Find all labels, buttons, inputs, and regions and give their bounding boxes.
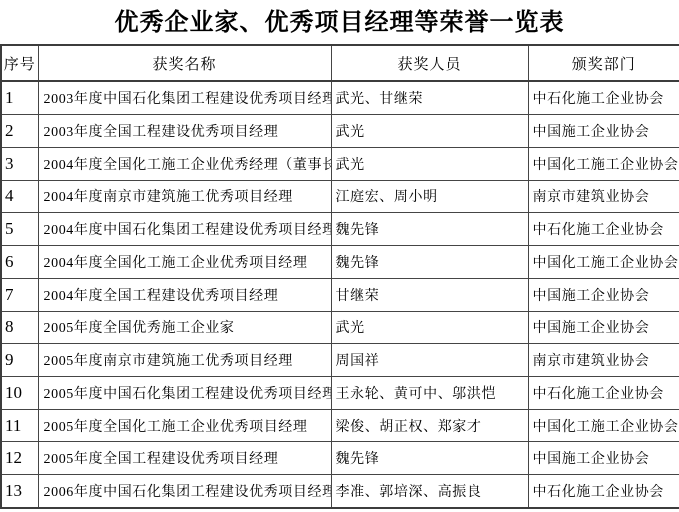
cell-award-name: 2005年度中国石化集团工程建设优秀项目经理 bbox=[38, 376, 331, 409]
cell-awarding-department: 中石化施工企业协会 bbox=[528, 475, 679, 509]
table-row: 2 2003年度全国工程建设优秀项目经理 武光 中国施工企业协会 bbox=[1, 115, 679, 148]
cell-award-name: 2004年度南京市建筑施工优秀项目经理 bbox=[38, 180, 331, 213]
cell-awarding-department: 中石化施工企业协会 bbox=[528, 81, 679, 115]
cell-serial-number: 4 bbox=[1, 180, 38, 213]
header-award-recipients: 获奖人员 bbox=[331, 45, 528, 81]
cell-award-recipients: 武光 bbox=[331, 147, 528, 180]
cell-award-name: 2003年度全国工程建设优秀项目经理 bbox=[38, 115, 331, 148]
header-serial-number: 序号 bbox=[1, 45, 38, 81]
cell-serial-number: 9 bbox=[1, 344, 38, 377]
cell-award-name: 2005年度南京市建筑施工优秀项目经理 bbox=[38, 344, 331, 377]
cell-serial-number: 11 bbox=[1, 409, 38, 442]
cell-serial-number: 10 bbox=[1, 376, 38, 409]
table-row: 12 2005年度全国工程建设优秀项目经理 魏先锋 中国施工企业协会 bbox=[1, 442, 679, 475]
table-row: 11 2005年度全国化工施工企业优秀项目经理 梁俊、胡正权、郑家才 中国化工施… bbox=[1, 409, 679, 442]
cell-award-recipients: 周国祥 bbox=[331, 344, 528, 377]
cell-serial-number: 1 bbox=[1, 81, 38, 115]
cell-award-recipients: 武光 bbox=[331, 311, 528, 344]
cell-awarding-department: 中国施工企业协会 bbox=[528, 115, 679, 148]
cell-awarding-department: 中石化施工企业协会 bbox=[528, 213, 679, 246]
table-row: 5 2004年度中国石化集团工程建设优秀项目经理 魏先锋 中石化施工企业协会 bbox=[1, 213, 679, 246]
honors-page: 优秀企业家、优秀项目经理等荣誉一览表 序号 获奖名称 获奖人员 颁奖部门 1 2… bbox=[0, 0, 679, 512]
cell-serial-number: 5 bbox=[1, 213, 38, 246]
table-row: 7 2004年度全国工程建设优秀项目经理 甘继荣 中国施工企业协会 bbox=[1, 278, 679, 311]
cell-award-name: 2006年度中国石化集团工程建设优秀项目经理 bbox=[38, 475, 331, 509]
cell-award-name: 2005年度全国优秀施工企业家 bbox=[38, 311, 331, 344]
cell-award-name: 2003年度中国石化集团工程建设优秀项目经理 bbox=[38, 81, 331, 115]
cell-serial-number: 8 bbox=[1, 311, 38, 344]
cell-award-name: 2005年度全国化工施工企业优秀项目经理 bbox=[38, 409, 331, 442]
table-row: 6 2004年度全国化工施工企业优秀项目经理 魏先锋 中国化工施工企业协会 bbox=[1, 246, 679, 279]
cell-serial-number: 2 bbox=[1, 115, 38, 148]
table-row: 4 2004年度南京市建筑施工优秀项目经理 江庭宏、周小明 南京市建筑业协会 bbox=[1, 180, 679, 213]
cell-award-recipients: 魏先锋 bbox=[331, 213, 528, 246]
table-row: 10 2005年度中国石化集团工程建设优秀项目经理 王永轮、黄可中、邬洪恺 中石… bbox=[1, 376, 679, 409]
cell-awarding-department: 中石化施工企业协会 bbox=[528, 376, 679, 409]
cell-award-name: 2004年度中国石化集团工程建设优秀项目经理 bbox=[38, 213, 331, 246]
cell-serial-number: 13 bbox=[1, 475, 38, 509]
cell-awarding-department: 南京市建筑业协会 bbox=[528, 344, 679, 377]
cell-award-recipients: 甘继荣 bbox=[331, 278, 528, 311]
cell-awarding-department: 中国施工企业协会 bbox=[528, 278, 679, 311]
cell-award-recipients: 王永轮、黄可中、邬洪恺 bbox=[331, 376, 528, 409]
table-row: 13 2006年度中国石化集团工程建设优秀项目经理 李准、郭培深、高振良 中石化… bbox=[1, 475, 679, 509]
cell-award-recipients: 魏先锋 bbox=[331, 246, 528, 279]
table-body: 1 2003年度中国石化集团工程建设优秀项目经理 武光、甘继荣 中石化施工企业协… bbox=[1, 81, 679, 508]
cell-awarding-department: 中国化工施工企业协会 bbox=[528, 409, 679, 442]
cell-serial-number: 7 bbox=[1, 278, 38, 311]
header-award-name: 获奖名称 bbox=[38, 45, 331, 81]
cell-award-recipients: 李准、郭培深、高振良 bbox=[331, 475, 528, 509]
table-row: 8 2005年度全国优秀施工企业家 武光 中国施工企业协会 bbox=[1, 311, 679, 344]
table-row: 9 2005年度南京市建筑施工优秀项目经理 周国祥 南京市建筑业协会 bbox=[1, 344, 679, 377]
cell-award-recipients: 武光 bbox=[331, 115, 528, 148]
header-awarding-department: 颁奖部门 bbox=[528, 45, 679, 81]
cell-award-name: 2004年度全国化工施工企业优秀项目经理 bbox=[38, 246, 331, 279]
header-row: 序号 获奖名称 获奖人员 颁奖部门 bbox=[1, 45, 679, 81]
cell-awarding-department: 中国化工施工企业协会 bbox=[528, 246, 679, 279]
cell-serial-number: 3 bbox=[1, 147, 38, 180]
cell-award-recipients: 梁俊、胡正权、郑家才 bbox=[331, 409, 528, 442]
cell-award-name: 2005年度全国工程建设优秀项目经理 bbox=[38, 442, 331, 475]
cell-awarding-department: 中国施工企业协会 bbox=[528, 311, 679, 344]
cell-awarding-department: 南京市建筑业协会 bbox=[528, 180, 679, 213]
table-row: 3 2004年度全国化工施工企业优秀经理（董事长） 武光 中国化工施工企业协会 bbox=[1, 147, 679, 180]
page-title: 优秀企业家、优秀项目经理等荣誉一览表 bbox=[0, 0, 679, 44]
cell-award-recipients: 江庭宏、周小明 bbox=[331, 180, 528, 213]
cell-award-recipients: 魏先锋 bbox=[331, 442, 528, 475]
cell-award-name: 2004年度全国工程建设优秀项目经理 bbox=[38, 278, 331, 311]
cell-award-name: 2004年度全国化工施工企业优秀经理（董事长） bbox=[38, 147, 331, 180]
cell-serial-number: 12 bbox=[1, 442, 38, 475]
honors-table: 序号 获奖名称 获奖人员 颁奖部门 1 2003年度中国石化集团工程建设优秀项目… bbox=[0, 44, 679, 509]
cell-serial-number: 6 bbox=[1, 246, 38, 279]
cell-award-recipients: 武光、甘继荣 bbox=[331, 81, 528, 115]
cell-awarding-department: 中国施工企业协会 bbox=[528, 442, 679, 475]
table-row: 1 2003年度中国石化集团工程建设优秀项目经理 武光、甘继荣 中石化施工企业协… bbox=[1, 81, 679, 115]
cell-awarding-department: 中国化工施工企业协会 bbox=[528, 147, 679, 180]
